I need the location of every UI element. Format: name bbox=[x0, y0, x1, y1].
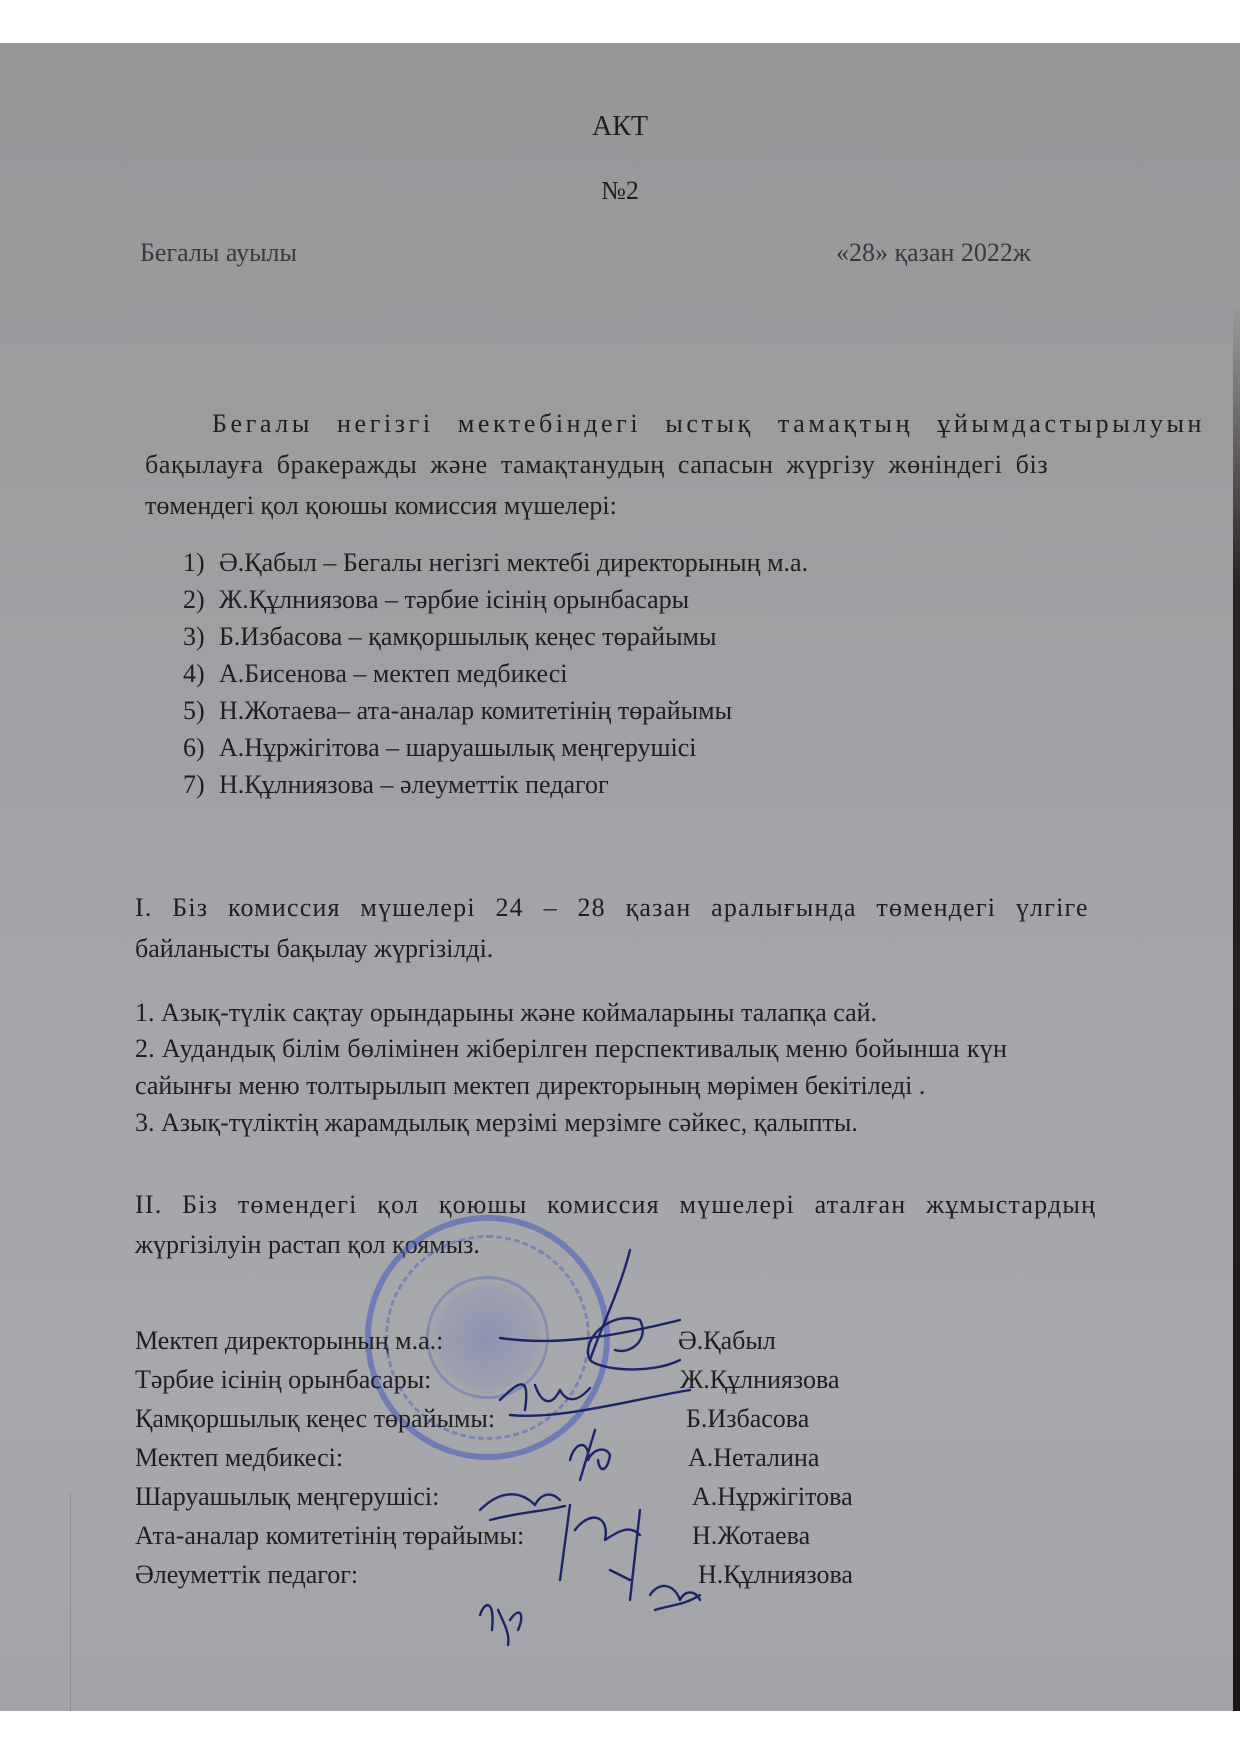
signature-name: Н.Құлниязова bbox=[698, 1562, 853, 1588]
member-item: 7)Н.Құлниязова – әлеуметтік педагог bbox=[183, 772, 609, 798]
finding-2-line-1: 2. Аудандық білім бөлімінен жіберілген п… bbox=[135, 1036, 1007, 1062]
member-text: Ж.Құлниязова – тәрбие ісінің орынбасары bbox=[219, 585, 689, 614]
member-number: 5) bbox=[183, 698, 219, 724]
member-number: 6) bbox=[183, 735, 219, 761]
signature-role: Мектеп медбикесі: bbox=[135, 1445, 343, 1471]
member-item: 3)Б.Избасова – қамқоршылық кеңес төрайым… bbox=[183, 624, 716, 650]
member-text: А.Бисенова – мектеп медбикесі bbox=[219, 659, 567, 688]
intro-line-1: Бегалы негізгі мектебіндегі ыстық тамақт… bbox=[212, 411, 1112, 437]
member-number: 3) bbox=[183, 624, 219, 650]
section-1-line-2: байланысты бақылау жүргізілді. bbox=[135, 936, 493, 962]
member-number: 1) bbox=[183, 550, 219, 576]
member-number: 7) bbox=[183, 772, 219, 798]
member-text: Н.Жотаева– ата-аналар комитетінің төрайы… bbox=[219, 696, 732, 725]
member-item: 1)Ә.Қабыл – Бегалы негізгі мектебі дирек… bbox=[183, 550, 808, 576]
signature-name: А.Нұржігітова bbox=[692, 1484, 853, 1510]
member-text: А.Нұржігітова – шаруашылық меңгерушісі bbox=[219, 733, 697, 762]
signature-name: Ж.Құлниязова bbox=[680, 1367, 840, 1393]
finding-1: 1. Азық-түлік сақтау орындарыны және кой… bbox=[135, 1000, 877, 1026]
signature-name: А.Неталина bbox=[688, 1445, 819, 1471]
intro-line-text: Бегалы негізгі мектебіндегі ыстық тамақт… bbox=[212, 411, 1205, 437]
signature-role: Ата-аналар комитетінің төрайымы: bbox=[135, 1523, 524, 1549]
signature-name: Н.Жотаева bbox=[692, 1523, 810, 1549]
photo-edge-shadow bbox=[1233, 303, 1240, 1711]
intro-line-2: бақылауға бракеражды және тамақтанудың с… bbox=[145, 452, 1048, 478]
paper-crease bbox=[70, 1493, 71, 1711]
member-text: Н.Құлниязова – әлеуметтік педагог bbox=[219, 770, 609, 799]
document-place: Бегалы ауылы bbox=[140, 240, 297, 266]
handwritten-signatures bbox=[480, 1250, 700, 1650]
signature-role: Қамқоршылық кеңес төрайымы: bbox=[135, 1406, 495, 1432]
member-text: Б.Избасова – қамқоршылық кеңес төрайымы bbox=[219, 622, 716, 651]
signature-role: Әлеуметтік педагог: bbox=[135, 1562, 358, 1588]
document-date: «28» қазан 2022ж bbox=[836, 240, 1031, 266]
finding-3: 3. Азық-түліктің жарамдылық мерзімі мерз… bbox=[135, 1110, 858, 1136]
section-1-line-1: I. Біз комиссия мүшелері 24 – 28 қазан а… bbox=[135, 895, 1089, 921]
section-2-line-1: II. Біз төмендегі қол қоюшы комиссия мүш… bbox=[135, 1192, 1096, 1218]
document-title: АКТ bbox=[0, 113, 1240, 141]
member-text: Ә.Қабыл – Бегалы негізгі мектебі директо… bbox=[219, 548, 808, 577]
member-item: 4)А.Бисенова – мектеп медбикесі bbox=[183, 661, 567, 687]
finding-2-line-2: сайынғы меню толтырылып мектеп директоры… bbox=[135, 1073, 925, 1099]
member-item: 6)А.Нұржігітова – шаруашылық меңгерушісі bbox=[183, 735, 697, 761]
document-number: №2 bbox=[0, 178, 1240, 204]
member-number: 4) bbox=[183, 661, 219, 687]
member-number: 2) bbox=[183, 587, 219, 613]
signature-role: Мектеп директорының м.а.: bbox=[135, 1328, 443, 1354]
signature-name: Б.Избасова bbox=[686, 1406, 809, 1432]
intro-line-3: төмендегі қол қоюшы комиссия мүшелері: bbox=[145, 493, 617, 519]
member-item: 5)Н.Жотаева– ата-аналар комитетінің төра… bbox=[183, 698, 732, 724]
signature-role: Тәрбие ісінің орынбасары: bbox=[135, 1367, 431, 1393]
member-item: 2)Ж.Құлниязова – тәрбие ісінің орынбасар… bbox=[183, 587, 689, 613]
signature-role: Шаруашылық меңгерушісі: bbox=[135, 1484, 439, 1510]
